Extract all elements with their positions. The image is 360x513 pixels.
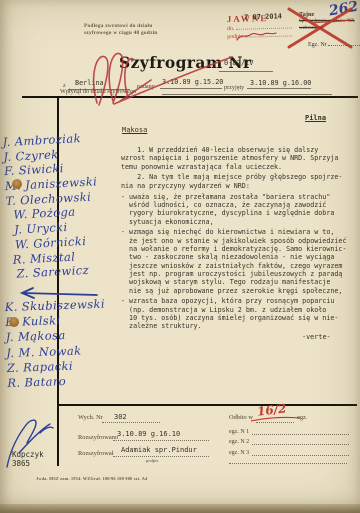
body-paragraph: - wzrasta baza opozycji, która przy rosn…: [121, 297, 357, 330]
priority-flag: Pilna: [305, 114, 326, 122]
addressee: Mąkosa: [122, 126, 147, 134]
top-rule: [22, 96, 358, 98]
sent-underline: [160, 88, 222, 89]
return-notice-line1: Podlega zwrotowi do działu: [84, 23, 194, 30]
decryptor-label: Rozszyfrował: [78, 450, 114, 457]
out-number-label: Wych. Nr: [78, 414, 103, 421]
copy-distribution-list: egz. N 1 egz. N 2 egz. N 3: [229, 424, 349, 456]
footer-rule: [59, 404, 357, 406]
copy-distribution-label: egz. N 2: [229, 439, 249, 445]
return-notice: Podlega zwrotowi do działu szyfrowego w …: [84, 23, 194, 36]
received-value: 3.10.89 g.16.00: [250, 79, 311, 87]
copy-distribution-line: [252, 448, 349, 456]
copy-distribution-line: [252, 437, 349, 445]
form-print-code: Jwda. MSZ zam. 1954. WZGraf. 100/96 100 …: [36, 476, 147, 481]
stamp-date-line: [236, 27, 292, 29]
scan-bottom-edge: [0, 504, 360, 513]
copy-distribution-label: egz. N 3: [229, 450, 249, 456]
arrival-label: Wpłynął do działu szyfrowego: [60, 88, 136, 95]
copy-distribution-label: egz. N 1: [229, 429, 249, 435]
body-paragraph: - wzmaga się niechęć do kierownictwa i n…: [121, 228, 357, 294]
from-value: Berlina: [75, 79, 104, 87]
sent-label: nadany: [137, 83, 155, 90]
verte-note: -verte-: [302, 333, 331, 341]
operator-stamp: Kupczyk 3865: [12, 450, 44, 468]
received-label: przyjęty: [224, 84, 244, 91]
body-paragraph: 2. Na tym tle mają miejsce próby głębsze…: [121, 173, 357, 190]
recipient-name: R. Bataro: [7, 372, 127, 391]
copy-number-label: Egz. Nr: [308, 42, 327, 48]
punch-hole: [12, 179, 22, 189]
stamp-signature-label: podpis: [227, 34, 243, 40]
return-notice-line2: szyfrowego w ciągu 48 godzin: [84, 30, 194, 37]
copy-distribution-row: egz. N 1: [229, 424, 349, 435]
extra-dotted-line: [229, 456, 347, 464]
stamp-signature-line: [244, 35, 292, 37]
punch-hole: [9, 317, 19, 327]
number-underline: [219, 71, 273, 72]
message-body: 1. W przeddzień 40-lecia obserwuje się d…: [121, 146, 357, 331]
copy-number-row: Egz. Nr: [308, 42, 360, 48]
decryptor-line: [113, 449, 209, 457]
copy-distribution-line: [252, 427, 349, 435]
out-number-value: 302: [114, 413, 127, 421]
copy-distribution-row: egz. N 3: [229, 445, 349, 456]
copies-label: Odbito w: [229, 414, 253, 421]
operator-number: 3865: [12, 459, 44, 468]
document-number: 0-87/IV: [224, 59, 254, 67]
szyfrogram-scan: Podlega zwrotowi do działu szyfrowego w …: [0, 0, 360, 513]
stamp-signature-row: podpis: [227, 32, 313, 40]
received-underline: [247, 88, 311, 89]
body-paragraph: 1. W przeddzień 40-lecia obserwuje się d…: [121, 146, 357, 171]
declass-date-value: 7 07 2014: [244, 12, 282, 21]
operator-name: Kupczyk: [12, 450, 44, 459]
out-number-line: [102, 415, 160, 423]
secrecy-line2: Sporządzanie odpisów XX: [299, 18, 359, 24]
copies-suffix: egz.: [297, 414, 307, 421]
body-paragraph: - uważa się, że przełamana została "bari…: [121, 193, 357, 226]
recipients-list-bottom: K. Skubiszewski B. Kulski J. Mąkosa J. M…: [4, 296, 127, 391]
secrecy-line3: wzbronione: [299, 25, 359, 31]
podpis-small-label: podpis: [146, 458, 158, 463]
stamp-date-label: dn.: [227, 26, 234, 32]
copy-number-line: [328, 45, 360, 46]
arrival-underline: [162, 94, 332, 95]
decrypted-line: [113, 433, 209, 441]
recipients-list-top: J. Ambroziak J. Czyrek F. Siwicki M. Jan…: [2, 129, 128, 282]
sent-value: 3.10.89 g.15.20: [162, 78, 223, 86]
copy-distribution-row: egz. N 2: [229, 435, 349, 446]
